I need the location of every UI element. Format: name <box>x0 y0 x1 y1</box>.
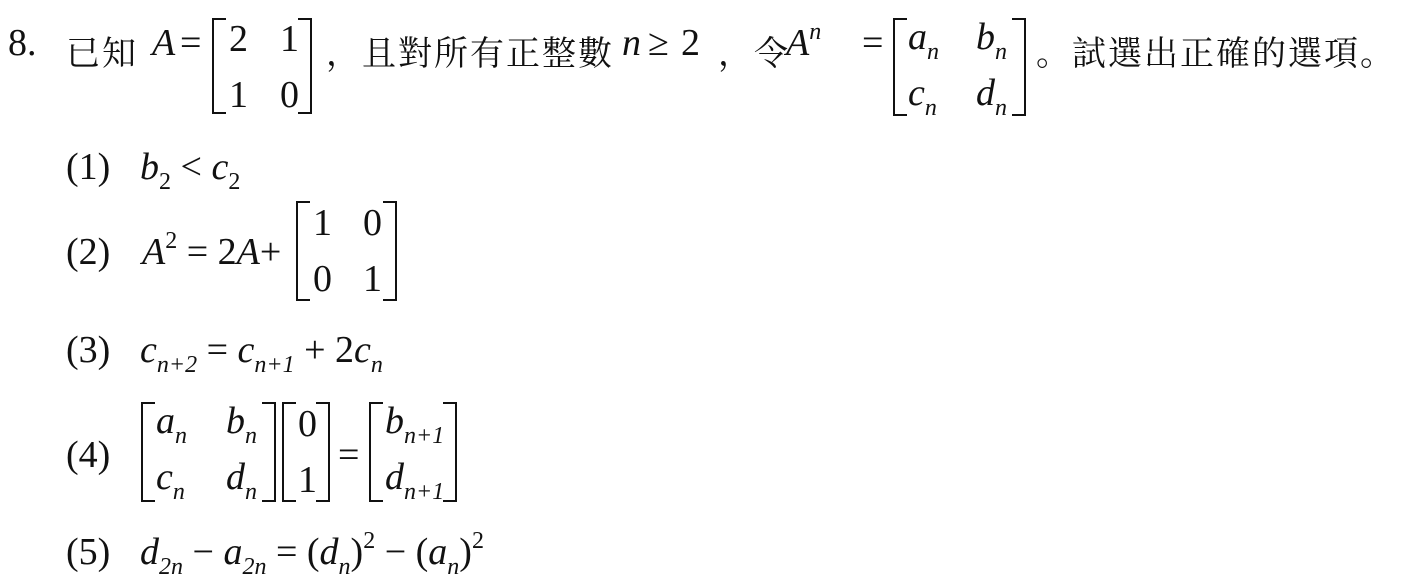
left-bracket <box>282 402 296 502</box>
let-text: ，令 <box>718 26 790 75</box>
matrix-cell: 0 <box>298 405 317 443</box>
matrix-cell: 1 <box>280 20 299 58</box>
matrix-cell: dn+1 <box>385 458 444 496</box>
matrix-cell: dn <box>976 74 1007 112</box>
equals-sign: = <box>862 24 883 62</box>
option-expression: cn+2 = cn+1 + 2cn <box>140 331 383 369</box>
matrix-name: A <box>152 24 175 62</box>
n-variable: n <box>622 24 641 62</box>
right-bracket <box>298 18 312 114</box>
matrix-cell: bn+1 <box>385 402 444 440</box>
left-bracket <box>212 18 226 114</box>
option-label: (3) <box>66 331 110 369</box>
left-bracket <box>893 18 907 116</box>
matrix-cell: 0 <box>363 204 382 242</box>
geq-sign: ≥ <box>648 24 669 62</box>
option-expression: b2 < c2 <box>140 148 240 186</box>
option-label: (5) <box>66 533 110 571</box>
matrix-cell: bn <box>226 402 257 440</box>
equals-sign: = <box>338 436 359 474</box>
left-bracket <box>296 201 310 301</box>
matrix-cell: dn <box>226 458 257 496</box>
matrix-cell: 1 <box>229 76 248 114</box>
intro-text: 已知 <box>66 26 138 75</box>
option-expression: A2 = 2A+ <box>142 233 281 271</box>
option-label: (2) <box>66 233 110 271</box>
right-bracket <box>316 402 330 502</box>
equals-sign: = <box>180 24 201 62</box>
two-value: 2 <box>681 24 700 62</box>
matrix-cell: 1 <box>313 204 332 242</box>
right-bracket <box>443 402 457 502</box>
matrix-cell: 1 <box>298 461 317 499</box>
matrix-cell: an <box>908 18 939 56</box>
right-bracket <box>1012 18 1026 116</box>
matrix-cell: cn <box>908 74 937 112</box>
matrix-cell: 1 <box>363 260 382 298</box>
matrix-cell: bn <box>976 18 1007 56</box>
option-label: (1) <box>66 148 110 186</box>
left-bracket <box>141 402 155 502</box>
condition-text: ，且對所有正整數 <box>326 26 614 75</box>
question-number: 8. <box>8 24 37 62</box>
option-expression: d2n − a2n = (dn)2 − (an)2 <box>140 533 484 571</box>
matrix-cell: 0 <box>280 76 299 114</box>
left-bracket <box>369 402 383 502</box>
closing-text: 。試選出正確的選項。 <box>1036 26 1396 75</box>
option-label: (4) <box>66 436 110 474</box>
matrix-cell: 0 <box>313 260 332 298</box>
matrix-name-power: An <box>786 24 821 62</box>
right-bracket <box>383 201 397 301</box>
matrix-cell: cn <box>156 458 185 496</box>
matrix-cell: an <box>156 402 187 440</box>
matrix-cell: 2 <box>229 20 248 58</box>
right-bracket <box>262 402 276 502</box>
